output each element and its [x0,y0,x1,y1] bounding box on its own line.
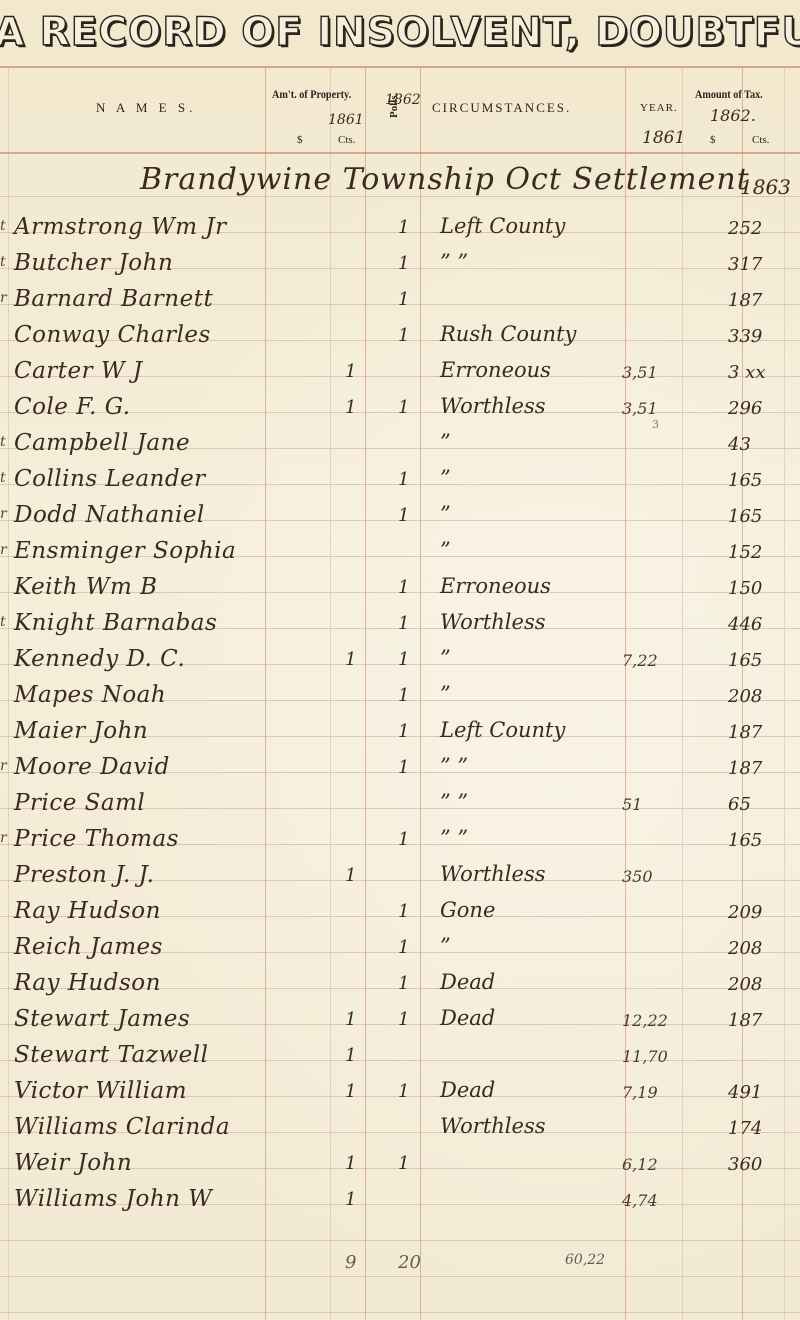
row-circumstances: Worthless [440,610,546,634]
row-circumstances: ” [440,934,451,958]
row-name: Reich James [14,934,163,960]
row-polls: 1 [398,1153,409,1174]
ledger-row: rDodd Nathaniel1”165 [0,500,800,536]
row-name: Ray Hudson [14,970,161,996]
row-tax: 165 [728,506,762,527]
row-tax: 339 [728,326,762,347]
row-property: 1 [345,649,356,670]
row-rule [0,1240,800,1241]
total-property: 9 [345,1252,356,1273]
header-property: Am't. of Property. [272,87,351,102]
row-tax: 165 [728,470,762,491]
row-name: Carter W J [14,358,143,384]
row-property: 1 [345,1009,356,1030]
header-tax-dollars: $ [710,134,716,146]
row-polls: 1 [398,829,409,850]
row-circumstances: Worthless [440,394,546,418]
row-margin-mark: r [0,290,7,306]
row-tax: 152 [728,542,762,563]
row-circumstances: ” [440,538,451,562]
row-year-amount: 7,19 [622,1083,658,1102]
row-name: Victor William [14,1078,187,1104]
row-circumstances: Dead [440,970,495,994]
row-tax: 65 [728,794,751,815]
row-polls: 1 [398,613,409,634]
ledger-row: Williams John W14,74 [0,1184,800,1220]
row-name: Kennedy D. C. [14,646,185,672]
row-margin-mark: r [0,542,7,558]
row-name: Mapes Noah [14,682,166,708]
ledger-row: Conway Charles1Rush County339 [0,320,800,356]
ledger-row: Stewart James11Dead12,22187 [0,1004,800,1040]
row-name: Williams John W [14,1186,212,1212]
row-tax: 208 [728,974,762,995]
row-margin-mark: t [0,254,6,270]
row-name: Campbell Jane [14,430,190,456]
row-polls: 1 [398,649,409,670]
row-property: 1 [345,1045,356,1066]
row-name: Stewart James [14,1006,190,1032]
header-property-dollars: $ [297,134,303,146]
ledger-row: Carter W J1Erroneous3,513 xx [0,356,800,392]
ledger-row: Preston J. J.1Worthless350 [0,860,800,896]
row-polls: 1 [398,397,409,418]
ledger-row: Weir John116,12360 [0,1148,800,1184]
ledger-row: Maier John1Left County187 [0,716,800,752]
row-circumstances: Left County [440,214,565,238]
row-tax: 43 [728,434,751,455]
row-tax: 491 [728,1082,762,1103]
row-name: Collins Leander [14,466,206,492]
row-tax: 165 [728,650,762,671]
row-tax: 252 [728,218,762,239]
row-name: Weir John [14,1150,132,1176]
row-name: Maier John [14,718,148,744]
row-property: 1 [345,865,356,886]
township-year: 1863 [740,175,791,199]
row-year-amount: 12,22 [622,1011,668,1030]
row-circumstances: ” ” [440,790,468,814]
row-margin-mark: t [0,218,6,234]
row-name: Price Saml [14,790,145,816]
row-name: Keith Wm B [14,574,158,600]
ledger-title: A RECORD OF INSOLVENT, DOUBTFUL AND NON-… [0,10,800,55]
row-circumstances: Gone [440,898,495,922]
row-tax: 187 [728,290,762,311]
township-heading: Brandywine Township Oct Settlement [140,162,750,197]
row-polls: 1 [398,289,409,310]
ledger-row: rEnsminger Sophia”152 [0,536,800,572]
row-name: Moore David [14,754,170,780]
row-year-amount: 350 [622,867,653,886]
row-circumstances: Erroneous [440,358,551,382]
ledger-row: Mapes Noah1”208 [0,680,800,716]
ledger-row: Keith Wm B1Erroneous150 [0,572,800,608]
row-rule [0,1276,800,1277]
row-year-amount: 6,12 [622,1155,658,1174]
row-name: Price Thomas [14,826,179,852]
row-margin-mark: r [0,830,7,846]
row-polls: 1 [398,325,409,346]
row-polls: 1 [398,937,409,958]
row-tax: 446 [728,614,762,635]
row-circumstances: ” ” [440,826,468,850]
row-name: Armstrong Wm Jr [14,214,227,240]
row-property: 1 [345,1189,356,1210]
row-circumstances: ” [440,682,451,706]
row-year-amount: 4,74 [622,1191,658,1210]
row-polls: 1 [398,1009,409,1030]
row-year-amount: 3,51 [622,363,658,382]
row-margin-mark: t [0,614,6,630]
header-circumstances: CIRCUMSTANCES. [432,100,571,116]
row-tax: 187 [728,722,762,743]
row-polls: 1 [398,469,409,490]
row-tax: 187 [728,1010,762,1031]
header-top-rule [0,66,800,68]
row-name: Cole F. G. [14,394,131,420]
row-year-amount: 11,70 [622,1047,668,1066]
row-circumstances: Worthless [440,1114,546,1138]
row-polls: 1 [398,973,409,994]
row-property: 1 [345,1081,356,1102]
header-year-value: 1861 [642,128,685,148]
row-margin-mark: r [0,758,7,774]
row-name: Butcher John [14,250,173,276]
row-margin-mark: t [0,470,6,486]
ledger-row: rBarnard Barnett1187 [0,284,800,320]
row-polls: 1 [398,721,409,742]
header-tax-year: 1862. [710,106,756,125]
row-circumstances: Left County [440,718,565,742]
row-circumstances: Worthless [440,862,546,886]
row-name: Williams Clarinda [14,1114,230,1140]
header-tax: Amount of Tax. [695,87,763,102]
ledger-row: Ray Hudson1Gone209 [0,896,800,932]
ledger-row: Reich James1”208 [0,932,800,968]
row-polls: 1 [398,901,409,922]
row-tax: 165 [728,830,762,851]
row-polls: 1 [398,217,409,238]
row-circumstances: Dead [440,1006,495,1030]
row-polls: 1 [398,253,409,274]
ledger-row: Price Saml” ”5165 [0,788,800,824]
ledger-row: tKnight Barnabas1Worthless446 [0,608,800,644]
row-circumstances: ” [440,466,451,490]
row-name: Conway Charles [14,322,211,348]
ledger-row: tCampbell Jane”43 [0,428,800,464]
ledger-row: rMoore David1” ”187 [0,752,800,788]
header-polls-year: 1862 [385,92,421,108]
header-property-year: 1861 [328,112,364,128]
row-tax: 187 [728,758,762,779]
row-property: 1 [345,1153,356,1174]
header-bottom-rule [0,152,800,154]
header-tax-cents: Cts. [752,134,769,146]
row-tax: 174 [728,1118,762,1139]
total-circumstances: 60,22 [565,1252,605,1268]
row-year-amount: 7,22 [622,651,658,670]
ledger-row: tArmstrong Wm Jr1Left County252 [0,212,800,248]
ledger-row: tCollins Leander1”165 [0,464,800,500]
row-tax: 3 xx [728,362,765,383]
row-name: Ensminger Sophia [14,538,236,564]
header-names: N A M E S. [96,100,196,116]
row-name: Stewart Tazwell [14,1042,208,1068]
row-name: Barnard Barnett [14,286,213,312]
row-tax: 150 [728,578,762,599]
row-name: Dodd Nathaniel [14,502,205,528]
row-name: Ray Hudson [14,898,161,924]
row-polls: 1 [398,1081,409,1102]
ledger-row: tButcher John1” ”317 [0,248,800,284]
row-tax: 208 [728,938,762,959]
ledger-row: Williams ClarindaWorthless174 [0,1112,800,1148]
row-polls: 1 [398,757,409,778]
header-property-cents: Cts. [338,134,355,146]
row-circumstances: Dead [440,1078,495,1102]
row-name: Preston J. J. [14,862,154,888]
total-polls: 20 [398,1252,421,1273]
row-circumstances: ” ” [440,250,468,274]
row-tax: 296 [728,398,762,419]
row-name: Knight Barnabas [14,610,217,636]
row-tax: 209 [728,902,762,923]
ledger-row: Stewart Tazwell111,70 [0,1040,800,1076]
row-tax: 208 [728,686,762,707]
row-rule [0,1312,800,1313]
row-tax: 360 [728,1154,762,1175]
ledger-row: rPrice Thomas1” ”165 [0,824,800,860]
row-tax: 317 [728,254,762,275]
row-margin-mark: t [0,434,6,450]
row-circumstances: ” ” [440,754,468,778]
row-circumstances: ” [440,646,451,670]
ledger-row: Victor William11Dead7,19491 [0,1076,800,1112]
row-year-amount: 3,51 [622,399,658,418]
row-property: 1 [345,361,356,382]
ledger-row: Kennedy D. C.11”7,22165 [0,644,800,680]
row-polls: 1 [398,685,409,706]
row-property: 1 [345,397,356,418]
row-circumstances: ” [440,502,451,526]
row-polls: 1 [398,505,409,526]
row-circumstances: Rush County [440,322,576,346]
row-margin-mark: r [0,506,7,522]
row-polls: 1 [398,577,409,598]
row-year-amount: 51 [622,795,642,814]
ledger-row: Ray Hudson1Dead208 [0,968,800,1004]
row-circumstances: ” [440,430,451,454]
ledger-row: Cole F. G.11Worthless3,512963 [0,392,800,428]
header-year: YEAR. [640,102,678,114]
row-circumstances: Erroneous [440,574,551,598]
